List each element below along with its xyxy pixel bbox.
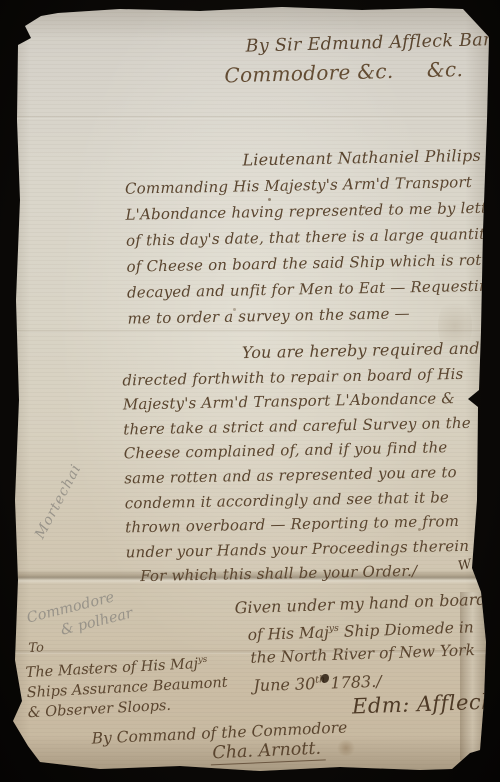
address-superscript: ys <box>198 655 208 665</box>
clerk-signature: Cha. Arnott. <box>210 738 326 765</box>
manuscript-letter: By Sir Edmund Affleck Bart. Commodore &c… <box>0 0 500 782</box>
signature: Edm: Affleck <box>352 690 495 719</box>
dateline-ship-prefix: of His Maj <box>247 623 329 644</box>
heading-line-2: Commodore &c. &c. &c. <box>224 55 500 87</box>
pencil-scribble-vertical: Mortechai <box>32 462 85 542</box>
edge-ink-mark: W <box>457 557 473 574</box>
dateline-block: Given under my hand on board of His Majy… <box>234 588 489 698</box>
dateline-ship-name: Ship Diomede in <box>339 618 474 641</box>
crease-line <box>0 116 500 119</box>
address-block: To The Masters of His Majys Ships Assura… <box>24 629 229 723</box>
heading-superscript: t. <box>491 29 499 41</box>
photo-background: By Sir Edmund Affleck Bart. Commodore &c… <box>0 0 500 782</box>
heading-line-1: By Sir Edmund Affleck Bart. <box>245 28 500 56</box>
crease-line <box>0 330 500 333</box>
date-year: 1783./ <box>325 671 382 692</box>
countersign-block: By Command of the Commodore Cha. Arnott. <box>91 718 348 770</box>
date-day: June 30 <box>253 674 316 695</box>
heading-author: By Sir Edmund Affleck Bar <box>245 30 492 56</box>
letter-heading: By Sir Edmund Affleck Bart. Commodore &c… <box>245 28 500 86</box>
body-paragraph-1: Lieutenant Nathaniel Philips Commanding … <box>124 142 500 331</box>
body-paragraph-2: You are hereby required and directed for… <box>122 337 485 590</box>
